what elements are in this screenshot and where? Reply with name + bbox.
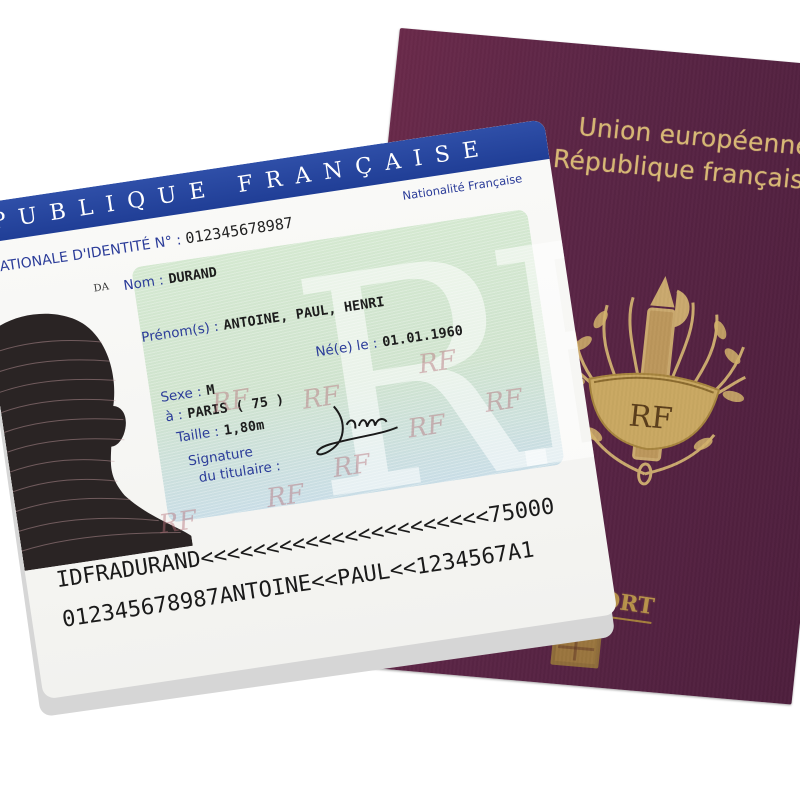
lieu-label: à : bbox=[164, 407, 183, 425]
rf-watermark: RF bbox=[265, 479, 307, 514]
da-marker: DA bbox=[93, 281, 110, 294]
rf-watermark: RF bbox=[416, 345, 458, 380]
id-card: RÉPUBLIQUE FRANÇAISE CARTE NATIONALE D'I… bbox=[0, 119, 618, 699]
rf-watermark: RF bbox=[331, 449, 373, 484]
svg-text:RF: RF bbox=[627, 398, 674, 437]
rf-watermark: RF bbox=[157, 505, 199, 540]
rf-watermark: RF bbox=[483, 384, 525, 419]
rf-watermark: RF bbox=[210, 384, 252, 419]
rf-watermark: RF bbox=[406, 409, 448, 444]
rf-watermark: RF bbox=[300, 381, 342, 416]
